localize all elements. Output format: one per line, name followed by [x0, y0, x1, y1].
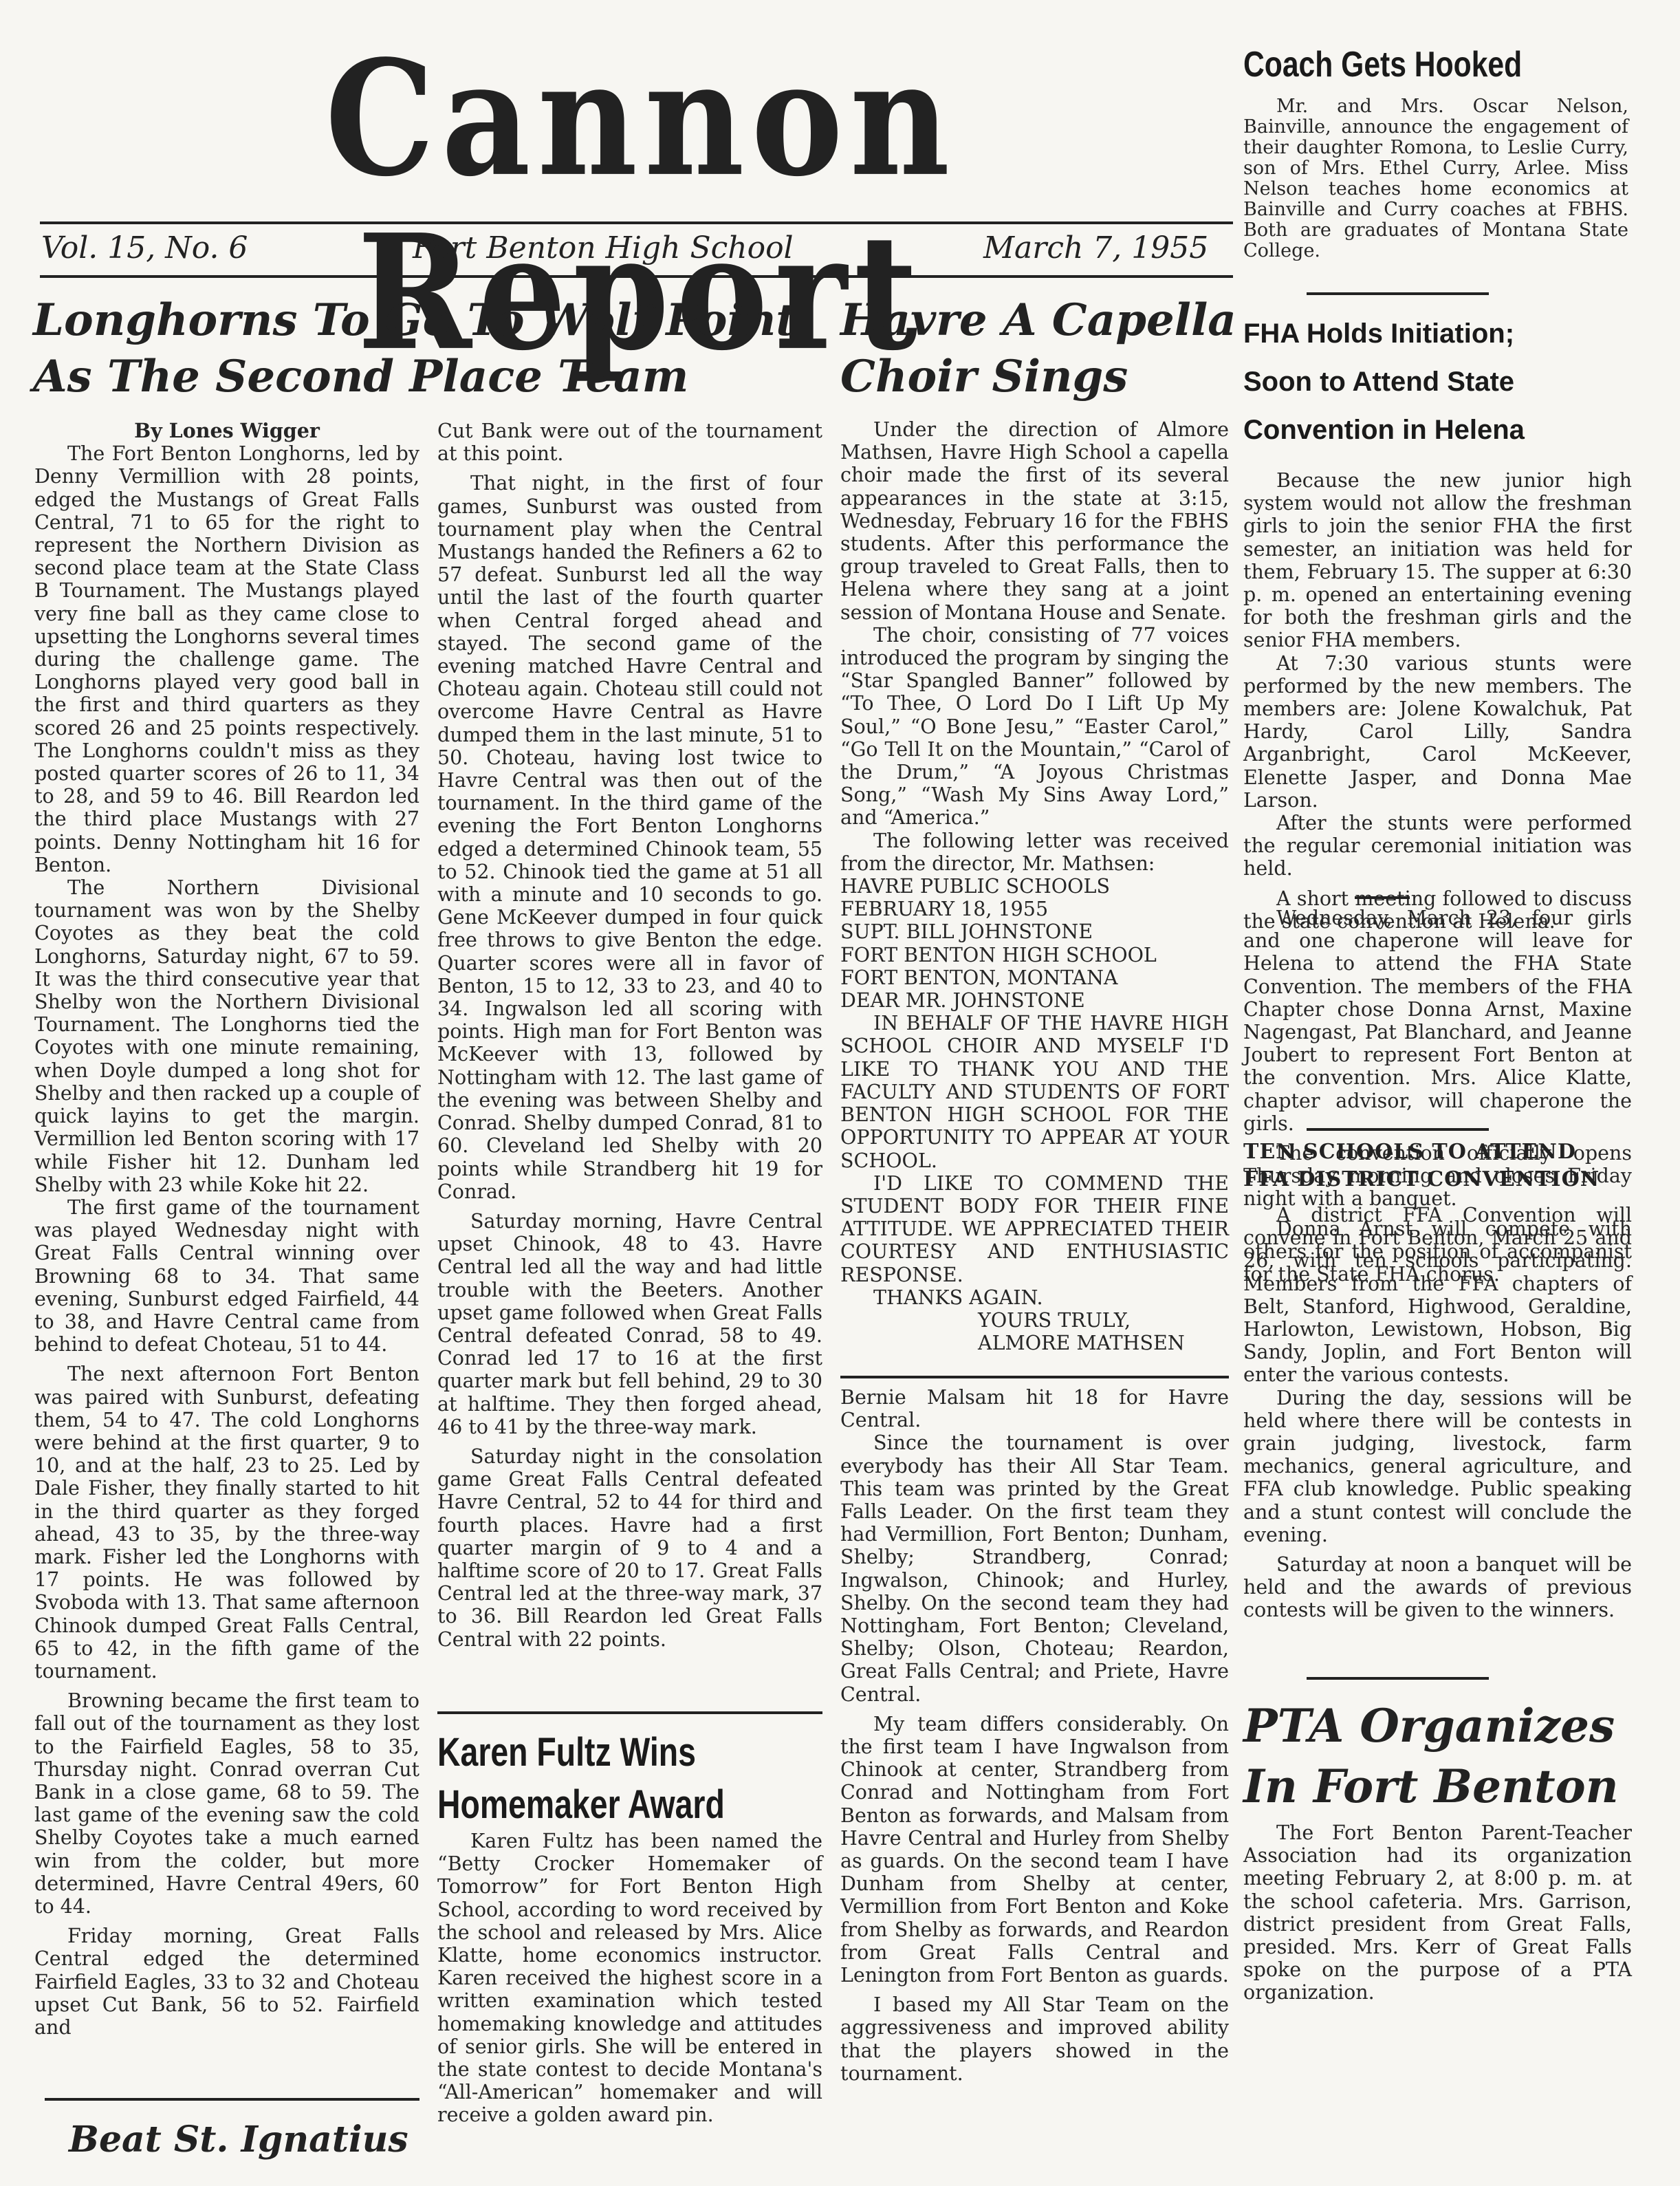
letter-header-line: HAVRE PUBLIC SCHOOLS — [840, 875, 1229, 898]
karen-headline-line2: Homemaker Award — [437, 1779, 725, 1831]
fha-paragraph: After the stunts were performed the regu… — [1243, 812, 1632, 880]
longhorns-column-3: Bernie Malsam hit 18 for Havre Central. … — [840, 1386, 1229, 2085]
fha-paragraph: At 7:30 various stunts were performed by… — [1243, 652, 1632, 812]
longhorns-paragraph: Browning became the first team to fall o… — [34, 1689, 419, 1918]
longhorns-paragraph: Since the tournament is over everybody h… — [840, 1431, 1229, 1705]
letter-body: IN BEHALF OF THE HAVRE HIGH SCHOOL CHOIR… — [840, 1012, 1229, 1171]
letter-signature: ALMORE MATHSEN — [840, 1332, 1229, 1354]
fha-article: Because the new junior high system would… — [1243, 469, 1632, 933]
fha-headline-line1: FHA Holds Initiation; — [1243, 310, 1525, 358]
karen-article: Karen Fultz has been named the “Betty Cr… — [437, 1830, 822, 2127]
longhorns-paragraph: Saturday night in the consolation game G… — [437, 1445, 822, 1651]
choir-headline: Havre A Capella Choir Sings — [840, 292, 1236, 405]
longhorns-paragraph: Saturday morning, Havre Central upset Ch… — [437, 1210, 822, 1438]
pta-headline: PTA Organizes In Fort Benton — [1243, 1696, 1619, 1817]
ffa-headline-line1: TEN SCHOOLS TO ATTEND — [1243, 1138, 1600, 1166]
pta-paragraph: The Fort Benton Parent-Teacher Associati… — [1243, 1821, 1632, 2004]
longhorns-paragraph: The first game of the tournament was pla… — [34, 1196, 419, 1356]
fha-headline-line3: Convention in Helena — [1243, 406, 1525, 454]
coach-end-rule — [1307, 292, 1489, 295]
letter-header-line: FORT BENTON HIGH SCHOOL — [840, 944, 1229, 966]
longhorns-headline-line2: As The Second Place Team — [33, 349, 796, 405]
fha-end-rule — [1307, 1128, 1489, 1131]
letter-header-line: FORT BENTON, MONTANA — [840, 966, 1229, 989]
school-name: Fort Benton High School — [413, 230, 794, 266]
masthead-top-rule — [40, 221, 1233, 224]
karen-headline-line1: Karen Fultz Wins — [437, 1727, 725, 1779]
longhorns-headline: Longhorns To Go To Wolf Point As The Sec… — [33, 292, 796, 405]
choir-paragraph: The choir, consisting of 77 voices intro… — [840, 624, 1229, 830]
pta-headline-line1: PTA Organizes — [1243, 1696, 1619, 1756]
longhorns-headline-line1: Longhorns To Go To Wolf Point — [33, 292, 796, 349]
karen-headline: Karen Fultz Wins Homemaker Award — [437, 1727, 725, 1831]
choir-headline-line2: Choir Sings — [840, 349, 1236, 405]
choir-headline-line1: Havre A Capella — [840, 292, 1236, 349]
longhorns-paragraph: Cut Bank were out of the tournament at t… — [437, 420, 822, 465]
longhorns-column-2: Cut Bank were out of the tournament at t… — [437, 420, 822, 1651]
column2-rule — [437, 1711, 822, 1714]
letter-header-line: FEBRUARY 18, 1955 — [840, 898, 1229, 920]
ffa-article: A district FFA Convention will convene i… — [1243, 1204, 1632, 1622]
footer-rule — [45, 2098, 419, 2101]
longhorns-column-1: By Lones Wigger The Fort Benton Longhorn… — [34, 420, 419, 2039]
letter-body: THANKS AGAIN. — [840, 1286, 1229, 1309]
longhorns-paragraph: Friday morning, Great Falls Central edge… — [34, 1925, 419, 2039]
coach-headline: Coach Gets Hooked — [1243, 44, 1522, 85]
pta-headline-line2: In Fort Benton — [1243, 1756, 1619, 1817]
pta-article: The Fort Benton Parent-Teacher Associati… — [1243, 1821, 1632, 2004]
newspaper-page: Cannon Report Vol. 15, No. 6 Fort Benton… — [0, 0, 1680, 2186]
volume-number: Vol. 15, No. 6 — [41, 230, 248, 266]
ffa-end-rule — [1307, 1677, 1489, 1680]
ffa-paragraph: A district FFA Convention will convene i… — [1243, 1204, 1632, 1387]
ffa-paragraph: During the day, sessions will be held wh… — [1243, 1387, 1632, 1546]
coach-article: Mr. and Mrs. Oscar Nelson, Bainville, an… — [1243, 96, 1628, 261]
byline: By Lones Wigger — [34, 420, 419, 442]
longhorns-paragraph: I based my All Star Team on the aggressi… — [840, 1993, 1229, 2085]
longhorns-paragraph: The Fort Benton Longhorns, led by Denny … — [34, 442, 419, 876]
karen-paragraph: Karen Fultz has been named the “Betty Cr… — [437, 1830, 822, 2127]
fha-headline: FHA Holds Initiation; Soon to Attend Sta… — [1243, 310, 1525, 454]
ffa-paragraph: Saturday at noon a banquet will be held … — [1243, 1553, 1632, 1622]
issue-date: March 7, 1955 — [983, 230, 1208, 266]
letter-body: I'D LIKE TO COMMEND THE STUDENT BODY FOR… — [840, 1172, 1229, 1286]
fha-paragraph: Wednesday, March 23, four girls and one … — [1243, 907, 1632, 1135]
letter-header-line: SUPT. BILL JOHNSTONE — [840, 920, 1229, 943]
longhorns-paragraph: My team differs considerably. On the fir… — [840, 1713, 1229, 1987]
ffa-headline-line2: FFA DISTRICT CONVENTION — [1243, 1166, 1600, 1193]
footer-slogan: Beat St. Ignatius — [69, 2119, 408, 2161]
choir-letter: HAVRE PUBLIC SCHOOLS FEBRUARY 18, 1955 S… — [840, 875, 1229, 1354]
fha-paragraph: Because the new junior high system would… — [1243, 469, 1632, 652]
ffa-headline: TEN SCHOOLS TO ATTEND FFA DISTRICT CONVE… — [1243, 1138, 1600, 1193]
longhorns-paragraph: That night, in the first of four games, … — [437, 472, 822, 1203]
longhorns-paragraph: The Northern Divisional tournament was w… — [34, 876, 419, 1196]
longhorns-paragraph: The next afternoon Fort Benton was paire… — [34, 1363, 419, 1682]
column3-rule — [840, 1376, 1229, 1378]
longhorns-paragraph: Bernie Malsam hit 18 for Havre Central. — [840, 1386, 1229, 1431]
coach-paragraph: Mr. and Mrs. Oscar Nelson, Bainville, an… — [1243, 96, 1628, 261]
choir-article: Under the direction of Almore Mathsen, H… — [840, 418, 1229, 1354]
choir-paragraph: Under the direction of Almore Mathsen, H… — [840, 418, 1229, 624]
choir-paragraph: The following letter was received from t… — [840, 830, 1229, 875]
fha-headline-line2: Soon to Attend State — [1243, 358, 1525, 406]
letter-salutation: DEAR MR. JOHNSTONE — [840, 989, 1229, 1012]
letter-closing: YOURS TRULY, — [840, 1309, 1229, 1332]
fha-divider — [1355, 896, 1410, 899]
masthead-bottom-rule — [40, 275, 1233, 278]
